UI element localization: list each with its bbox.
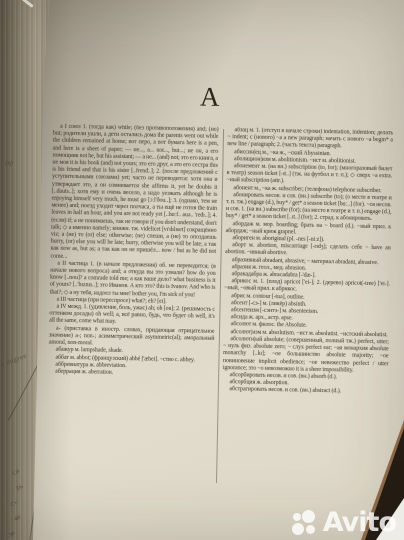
margin-pencil-note: ор bbox=[5, 158, 14, 168]
avito-logo-icon bbox=[292, 510, 318, 536]
margin-pencil-marks: С# D♭ С× 4# 3# bbox=[0, 458, 34, 534]
margin-pencil-note-degree: e degree bbox=[0, 352, 28, 369]
right-column: абзац м. 1. (отступ в начале строки) ind… bbox=[216, 127, 393, 486]
avito-watermark-label: Avito bbox=[323, 509, 396, 536]
dictionary-entry: а IV межд. 1. (удивление, боль, ужас) ah… bbox=[49, 304, 215, 329]
section-letter-heading: А bbox=[39, 80, 379, 114]
dictionary-entry: абсолютн|ый absolute; (совершенный, полн… bbox=[223, 336, 389, 375]
dictionary-entry: абонировать несов. и сов. (вн.) subscrib… bbox=[226, 192, 392, 224]
avito-watermark: Avito bbox=[292, 509, 396, 536]
dictionary-entry: абонемент м. (на вн.) subscription (to, … bbox=[226, 163, 392, 188]
pencil-mark: 4# bbox=[14, 509, 35, 523]
listing-photo-dictionary-page: ор e degree С# D♭ С× 4# 3# А а I союз 1.… bbox=[0, 0, 404, 540]
page-edge-highlight bbox=[8, 0, 33, 8]
dictionary-page: А а I союз 1. (тогда как) while; (без пр… bbox=[0, 0, 404, 540]
dictionary-entry: абзац м. 1. (отступ в начале строки) ind… bbox=[227, 127, 393, 152]
avito-logo-dot bbox=[306, 525, 315, 534]
avito-logo-dot bbox=[293, 513, 301, 521]
page-content: А а I союз 1. (тогда как) while; (без пр… bbox=[46, 81, 394, 487]
pencil-mark: D♭ bbox=[15, 479, 34, 493]
avito-logo-dot bbox=[302, 510, 315, 523]
left-column: а I союз 1. (тогда как) while; (без прот… bbox=[46, 124, 223, 483]
text-columns: а I союз 1. (тогда как) while; (без прот… bbox=[46, 124, 393, 487]
dictionary-entry: а II частица 1. (в начале предложения) о… bbox=[50, 260, 216, 299]
avito-logo-dot bbox=[292, 523, 304, 535]
pencil-mark: С× bbox=[10, 493, 34, 508]
dictionary-entry: а I союз 1. (тогда как) while; (без прот… bbox=[50, 124, 218, 264]
pencil-mark: С# bbox=[12, 463, 35, 477]
